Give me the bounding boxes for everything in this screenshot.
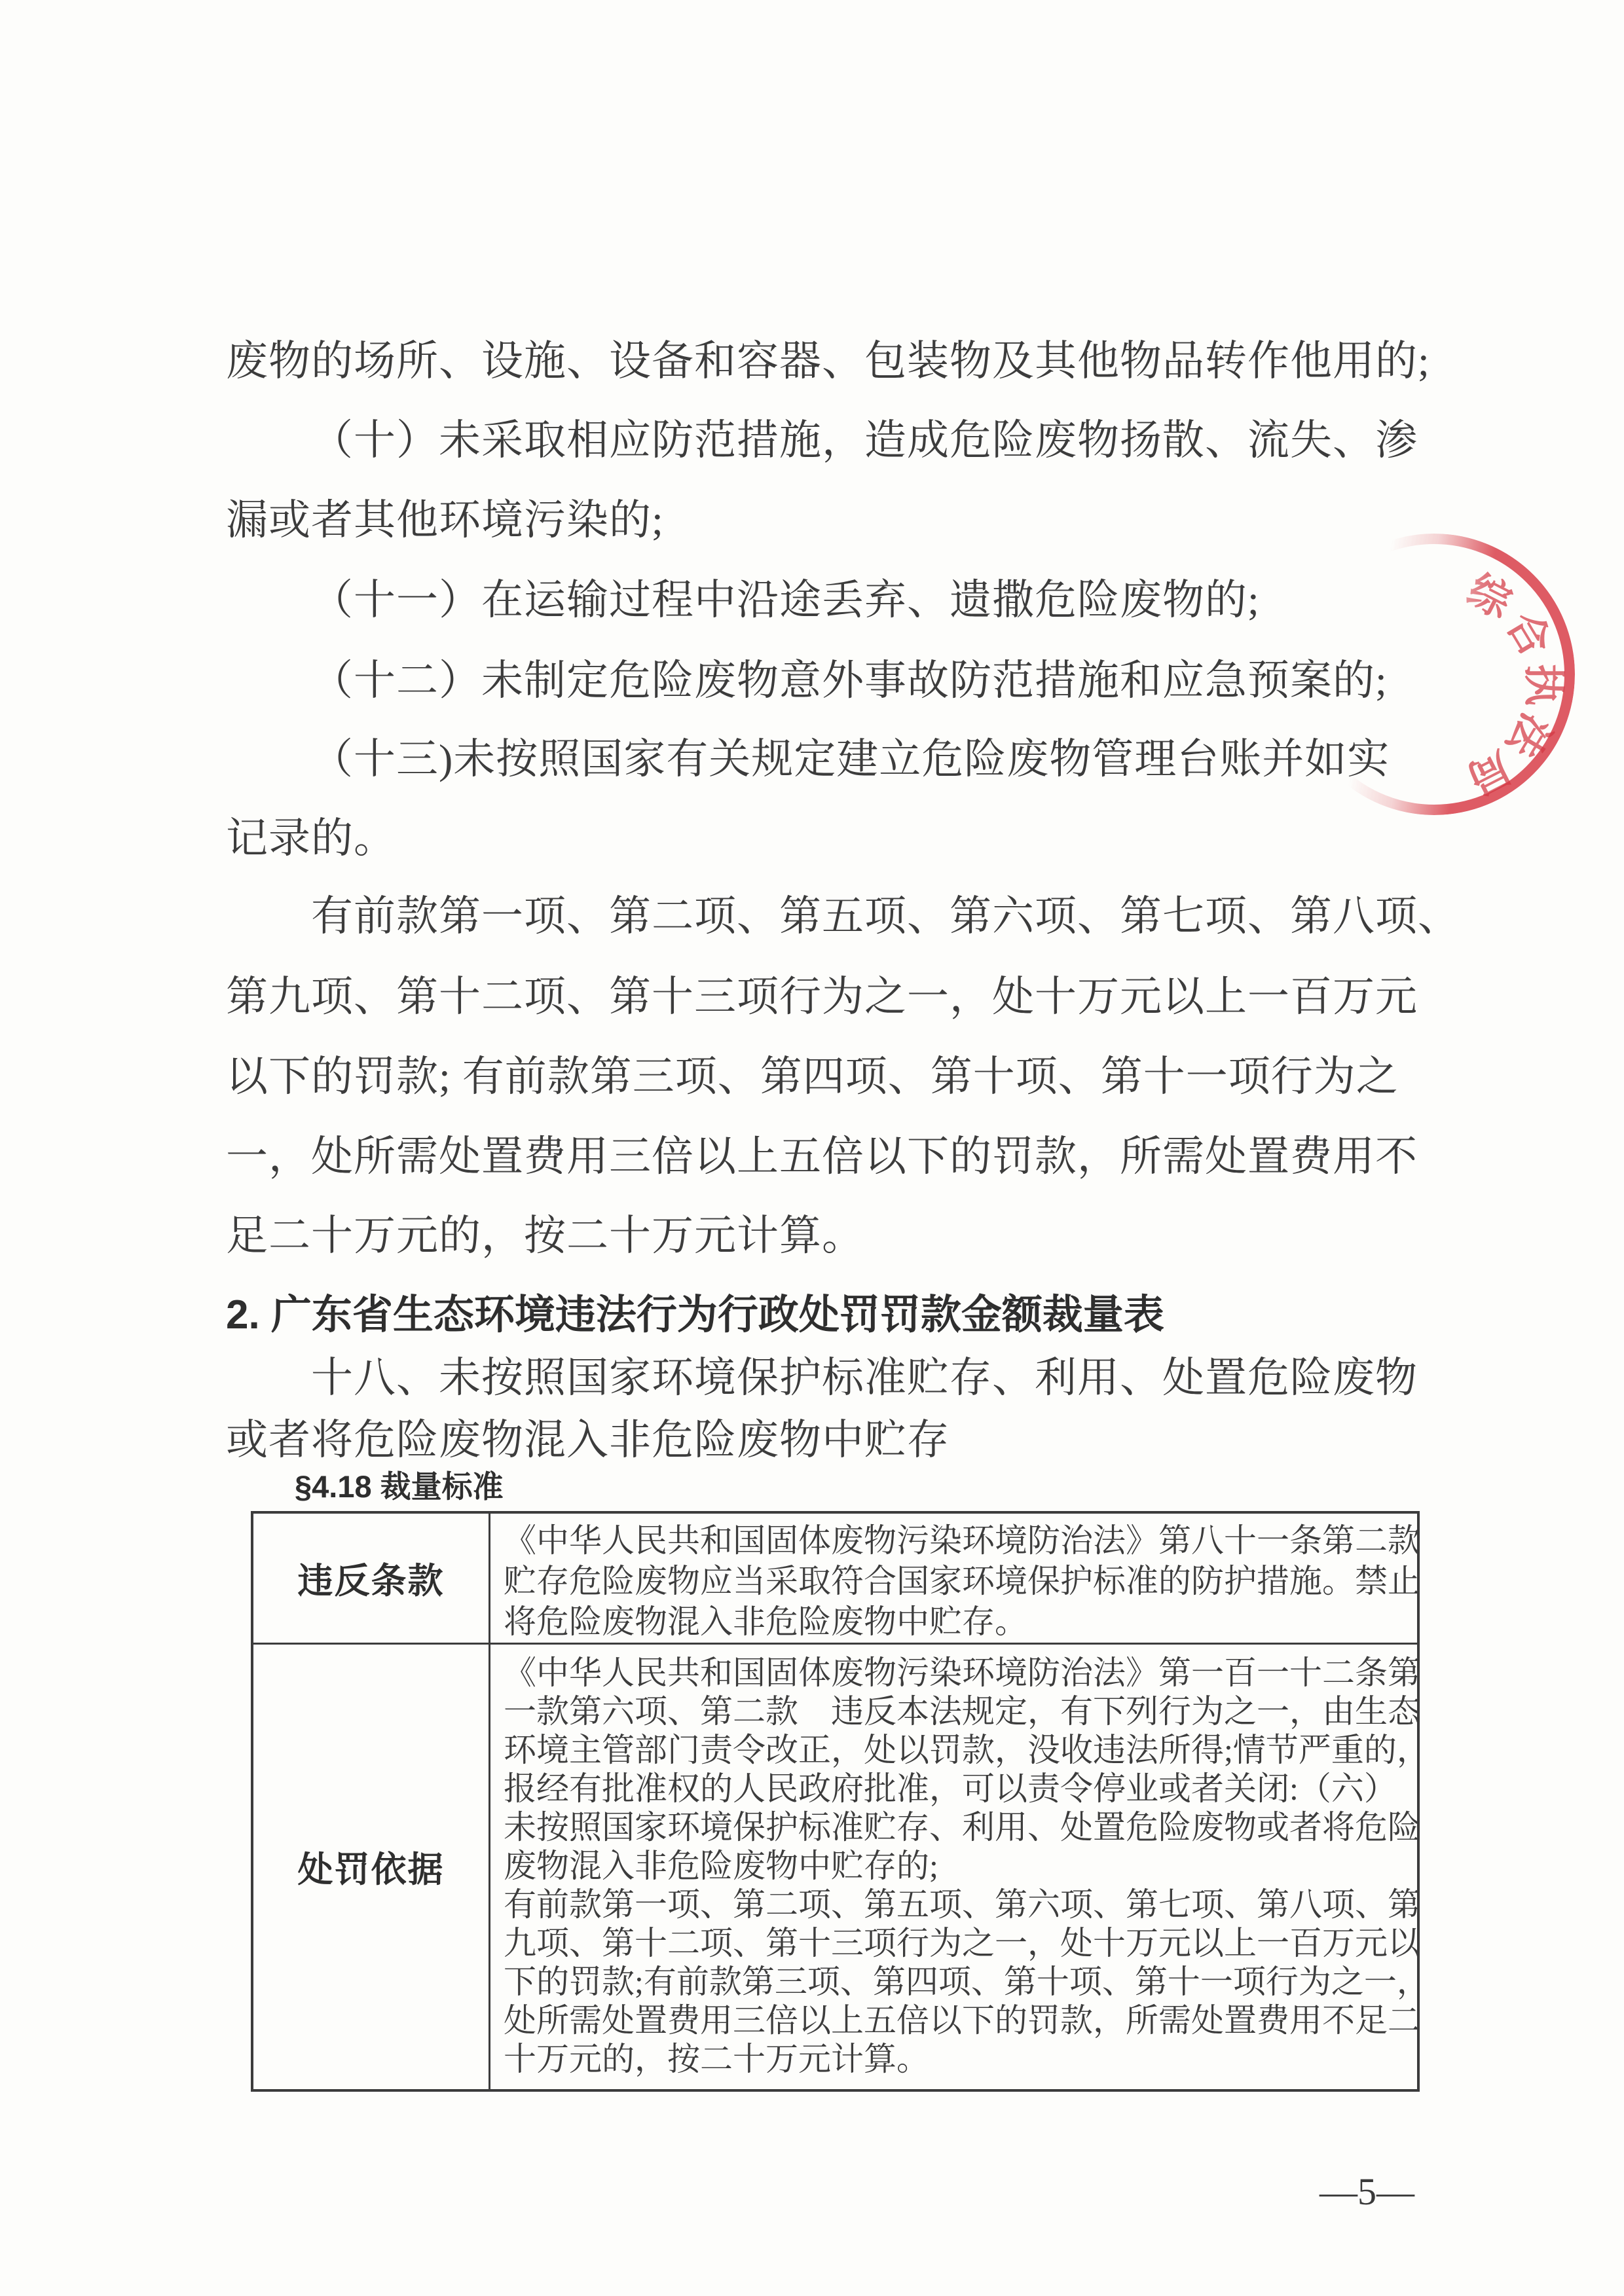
table-text-line: 《中华人民共和国固体废物污染环境防治法》第八十一条第二款 — [504, 1520, 1405, 1561]
official-seal-stamp-icon: 综 合 执 法 局 — [1293, 534, 1575, 815]
clause-label: §4.18 裁量标准 — [295, 1470, 504, 1503]
table-header-violated-clause: 违反条款 — [253, 1514, 490, 1643]
table-text-line: 环境主管部门责令改正，处以罚款，没收违法所得;情节严重的， — [504, 1731, 1405, 1770]
body-line-9: 第九项、第十二项、第十三项行为之一，处十万元以上一百万元 — [226, 976, 1418, 1018]
table-text-line: 《中华人民共和国固体废物污染环境防治法》第一百一十二条第 — [504, 1654, 1405, 1692]
seal-character: 综 — [1461, 569, 1517, 625]
body-line-11: 一，处所需处置费用三倍以上五倍以下的罚款，所需处置费用不 — [226, 1136, 1418, 1178]
body-line-10: 以下的罚款; 有前款第三项、第四项、第十项、第十一项行为之 — [226, 1056, 1399, 1098]
body-line-5: （十二）未制定危险废物意外事故防范措施和应急预案的; — [311, 660, 1388, 702]
table-row-penalty-basis: 处罚依据 《中华人民共和国固体废物污染环境防治法》第一百一十二条第 一款第六项、… — [253, 1645, 1417, 2089]
table-text-line: 报经有批准权的人民政府批准，可以责令停业或者关闭:（六） — [504, 1770, 1405, 1808]
document-page: 废物的场所、设施、设备和容器、包装物及其他物品转作他用的; （十）未采取相应防范… — [0, 0, 1624, 2296]
section-heading: 2. 广东省生态环境违法行为行政处罚罚款金额裁量表 — [226, 1294, 1164, 1336]
page-number: —5— — [1319, 2172, 1414, 2212]
seal-character: 局 — [1461, 744, 1517, 801]
seal-character: 执 — [1522, 664, 1564, 706]
table-header-penalty-basis: 处罚依据 — [253, 1645, 490, 2089]
table-text-line: 下的罚款;有前款第三项、第四项、第十项、第十一项行为之一， — [504, 1963, 1405, 2001]
table-text-line: 九项、第十二项、第十三项行为之一，处十万元以上一百万元以 — [504, 1924, 1405, 1963]
body-line-12: 足二十万元的，按二十万元计算。 — [226, 1215, 864, 1257]
body-line-1: 废物的场所、设施、设备和容器、包装物及其他物品转作他用的; — [226, 340, 1430, 382]
seal-character: 合 — [1500, 606, 1557, 663]
body-line-6: （十三)未按照国家有关规定建立危险废物管理台账并如实 — [311, 738, 1390, 780]
table-text-line: 废物混入非危险废物中贮存的; — [504, 1847, 1405, 1886]
body-line-3: 漏或者其他环境污染的; — [226, 500, 664, 541]
body-line-7: 记录的。 — [226, 818, 396, 860]
body-line-4: （十一）在运输过程中沿途丢弃、遗撒危险废物的; — [311, 579, 1260, 621]
body-line-8: 有前款第一项、第二项、第五项、第六项、第七项、第八项、 — [311, 896, 1460, 938]
seal-character: 法 — [1500, 706, 1557, 764]
item-heading-line-2: 或者将危险废物混入非危险废物中贮存 — [226, 1419, 950, 1461]
item-heading-line-1: 十八、未按照国家环境保护标准贮存、利用、处置危险废物 — [311, 1357, 1418, 1399]
table-text-line: 贮存危险废物应当采取符合国家环境保护标准的防护措施。禁止 — [504, 1561, 1405, 1601]
table-text-line: 十万元的，按二十万元计算。 — [504, 2040, 1405, 2079]
penalty-table: 违反条款 《中华人民共和国固体废物污染环境防治法》第八十一条第二款 贮存危险废物… — [251, 1511, 1420, 2092]
table-cell-violated-clause: 《中华人民共和国固体废物污染环境防治法》第八十一条第二款 贮存危险废物应当采取符… — [490, 1514, 1417, 1643]
table-text-line: 将危险废物混入非危险废物中贮存。 — [504, 1601, 1405, 1642]
table-text-line: 未按照国家环境保护标准贮存、利用、处置危险废物或者将危险 — [504, 1808, 1405, 1847]
table-row-violated-clause: 违反条款 《中华人民共和国固体废物污染环境防治法》第八十一条第二款 贮存危险废物… — [253, 1514, 1417, 1645]
table-cell-penalty-basis: 《中华人民共和国固体废物污染环境防治法》第一百一十二条第 一款第六项、第二款 违… — [490, 1645, 1417, 2089]
table-text-line: 处所需处置费用三倍以上五倍以下的罚款，所需处置费用不足二 — [504, 2001, 1405, 2040]
table-text-line: 一款第六项、第二款 违反本法规定，有下列行为之一，由生态 — [504, 1692, 1405, 1731]
body-line-2: （十）未采取相应防范措施，造成危险废物扬散、流失、渗 — [311, 420, 1418, 462]
table-text-line: 有前款第一项、第二项、第五项、第六项、第七项、第八项、第 — [504, 1886, 1405, 1924]
